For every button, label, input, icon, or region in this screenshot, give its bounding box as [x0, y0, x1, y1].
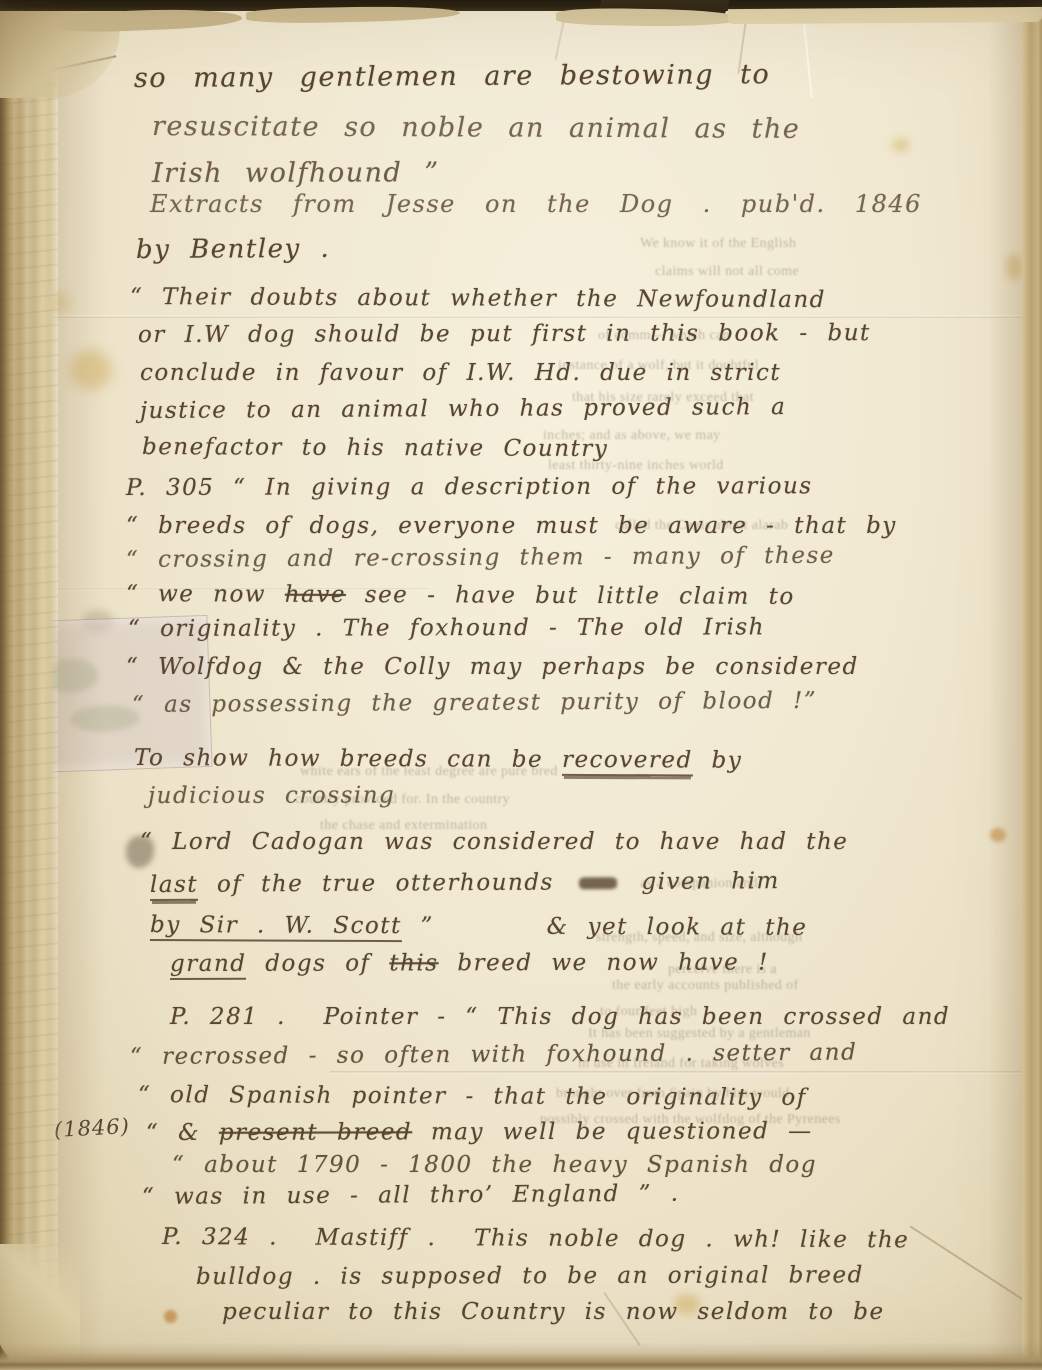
manuscript-line-segment: peculiar to this Country is now seldom t… [222, 1299, 885, 1325]
manuscript-line: resuscitate so noble an animal as the [152, 108, 1026, 150]
manuscript-line: conclude in favour of I.W. Hd. due in st… [140, 354, 1026, 392]
manuscript-line: “ crossing and re-crossing them - many o… [126, 536, 1026, 579]
manuscript-line-segment: “ as possessing the greatest purity of b… [132, 688, 817, 718]
manuscript-line: “ as possessing the greatest purity of b… [132, 681, 1026, 724]
manuscript-line-segment: so many gentlemen are bestowing to [134, 59, 770, 94]
manuscript-line-segment: ” & yet look at the [402, 913, 808, 941]
page-bottom-edge [0, 1342, 1042, 1370]
manuscript-line-segment: of the true otterhounds [198, 869, 573, 897]
manuscript-line-segment: benefactor to his native Country [142, 434, 608, 462]
manuscript-line-segment: last [150, 872, 198, 901]
manuscript-line-segment: present breed [219, 1119, 412, 1146]
manuscript-line-segment: by Sir . W. Scott [150, 912, 402, 942]
manuscript-line: peculiar to this Country is now seldom t… [222, 1293, 1026, 1331]
manuscript-line-segment: dogs of [246, 950, 389, 976]
manuscript-line: judicious crossing [148, 775, 1026, 815]
manuscript-line-segment: given him [623, 868, 780, 895]
manuscript-line-segment: this [389, 950, 438, 976]
manuscript-line: “ recrossed - so often with foxhound . s… [130, 1033, 1026, 1076]
manuscript-line-segment: justice to an animal who has proved such… [140, 394, 786, 424]
manuscript-line: benefactor to his native Country [142, 428, 1026, 470]
manuscript-page-scan: We know it of the Englishclaims will not… [0, 0, 1042, 1370]
manuscript-line-segment: P. 281 . Pointer - “ This dog has been c… [170, 1004, 950, 1030]
manuscript-line: so many gentlemen are bestowing to [134, 55, 1026, 98]
manuscript-line-segment: grand [170, 951, 247, 980]
manuscript-line-segment: resuscitate so noble an animal as the [152, 111, 800, 145]
manuscript-line: “ was in use - all thro’ England ” . [142, 1173, 1026, 1216]
manuscript-line-segment: have [285, 582, 346, 608]
manuscript-line: “ Lord Cadogan was considered to have ha… [140, 823, 1026, 861]
ink-scribble [579, 877, 617, 889]
manuscript-line: P. 305 “ In giving a description of the … [126, 467, 1026, 507]
manuscript-line: or I.W dog should be put first in this b… [138, 314, 1026, 354]
page-right-edge [1022, 0, 1042, 1370]
manuscript-text: so many gentlemen are bestowing toresusc… [126, 60, 1026, 1331]
manuscript-line-segment: bulldog . is supposed to be an original … [196, 1262, 864, 1290]
manuscript-line-segment: see - have but little claim to [346, 582, 795, 610]
manuscript-line: by Bentley . [136, 226, 1026, 269]
manuscript-line-segment: “ crossing and re-crossing them - many o… [126, 543, 835, 573]
manuscript-line-segment: “ was in use - all thro’ England ” . [142, 1181, 680, 1210]
manuscript-line: justice to an animal who has proved such… [140, 387, 1026, 430]
manuscript-line: P. 324 . Mastiff . This noble dog . wh! … [162, 1218, 1026, 1260]
manuscript-line-segment: recovered [562, 747, 693, 777]
manuscript-line-segment: P. 305 “ In giving a description of the … [126, 473, 813, 501]
manuscript-line: bulldog . is supposed to be an original … [196, 1256, 1026, 1296]
manuscript-line-segment: judicious crossing [148, 782, 395, 809]
manuscript-line-segment: or I.W dog should be put first in this b… [138, 320, 871, 348]
manuscript-line: by Sir . W. Scott ” & yet look at the [150, 906, 1026, 948]
manuscript-line-segment: Extracts from Jesse on the Dog . pub'd. … [150, 190, 922, 218]
manuscript-line-segment: To show how breeds can be [134, 745, 562, 773]
manuscript-line: Extracts from Jesse on the Dog . pub'd. … [150, 185, 1026, 223]
manuscript-line-segment: “ we now [126, 581, 285, 608]
manuscript-line-segment: breed we now have ! [439, 949, 769, 976]
manuscript-line-segment: “ & [146, 1120, 219, 1146]
manuscript-line-segment: “ Wolfdog & the Colly may perhaps be con… [126, 654, 859, 680]
margin-note-year: (1846) [53, 1114, 130, 1142]
manuscript-line-segment: “ old Spanish pointer - that the origina… [138, 1082, 807, 1111]
manuscript-line: last of the true otterhounds given him [150, 861, 1026, 904]
manuscript-line-segment: “ Their doubts about whether the Newfoun… [130, 284, 826, 313]
manuscript-line: “ Wolfdog & the Colly may perhaps be con… [126, 648, 1026, 686]
manuscript-line: P. 281 . Pointer - “ This dog has been c… [170, 998, 1026, 1036]
manuscript-line-segment: conclude in favour of I.W. Hd. due in st… [140, 360, 781, 386]
book-binding-texture [0, 0, 58, 1370]
manuscript-line-segment: P. 324 . Mastiff . This noble dog . wh! … [162, 1224, 909, 1253]
manuscript-line-segment: “ originality . The foxhound - The old I… [128, 614, 765, 642]
manuscript-line-segment: “ Lord Cadogan was considered to have ha… [140, 829, 848, 855]
page-right-shadow [988, 0, 1022, 1370]
manuscript-line: “ originality . The foxhound - The old I… [128, 608, 1026, 648]
manuscript-line: grand dogs of this breed we now have ! [170, 943, 1026, 983]
binding-gutter-shadow [58, 0, 106, 1370]
manuscript-line-segment: “ breeds of dogs, everyone must be aware… [126, 513, 897, 539]
manuscript-line-segment: may well be questioned — [412, 1118, 813, 1145]
manuscript-line-segment: by Bentley . [136, 234, 330, 265]
manuscript-line-segment: “ recrossed - so often with foxhound . s… [130, 1040, 857, 1070]
manuscript-line-segment: by [693, 747, 743, 773]
page-edge-strip [728, 7, 1042, 24]
